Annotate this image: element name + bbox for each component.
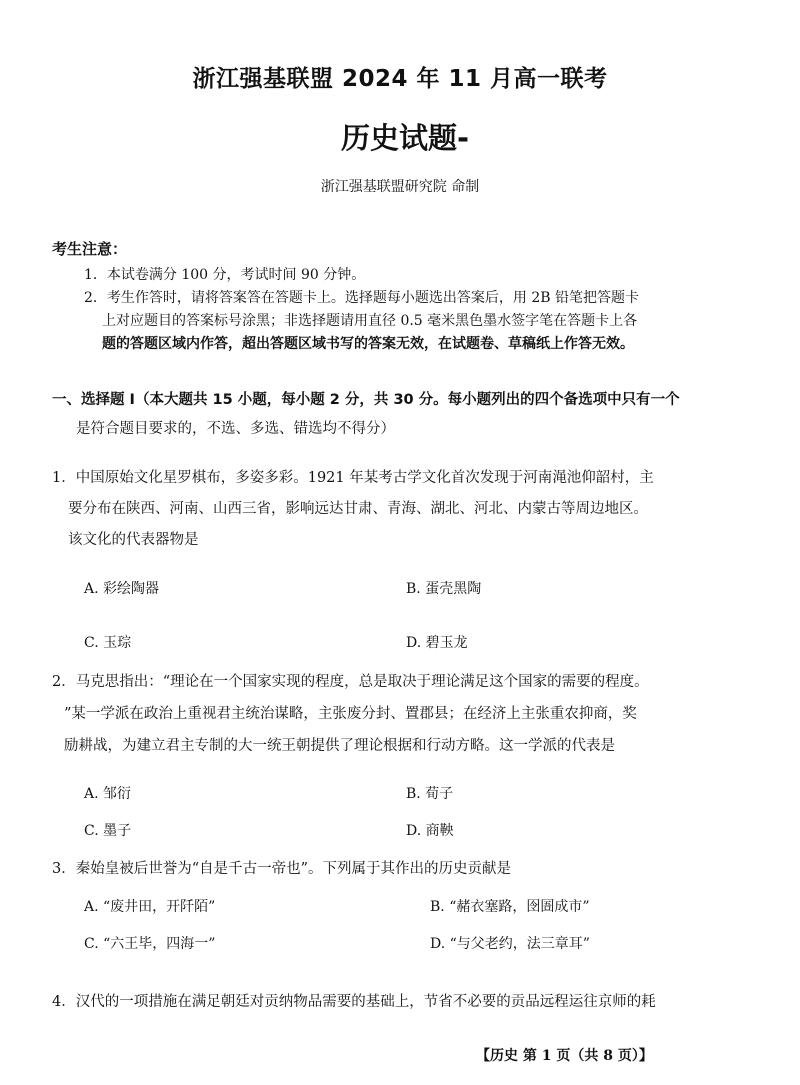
option-a: A. 彩绘陶器 [84,578,159,598]
question-text: ”某一学派在政治上重视君主统治谋略，主张废分封、置郡县；在经济上主张重农抑商，奖 [64,702,637,723]
option-a: A. 邹衍 [84,783,131,803]
question-text: 3．秦始皇被后世誉为“自是千古一帝也”。下列属于其作出的历史贡献是 [52,857,511,878]
notice-item-2-cont2: 题的答题区域内作答，超出答题区域书写的答案无效，在试题卷、草稿纸上作答无效。 [102,333,634,353]
option-d: D. 碧玉龙 [406,632,468,652]
notice-item-2-cont: 上对应题目的答案标号涂黑；非选择题请用直径 0.5 毫米黑色墨水签字笔在答题卡上… [102,310,637,330]
option-c: C. 玉琮 [84,632,131,652]
producer-line: 浙江强基联盟研究院 命制 [0,176,800,196]
option-b: B. “赭衣塞路，囹圄成市” [430,896,590,916]
section-line-1: 一、选择题 I（本大题共 15 小题，每小题 2 分，共 30 分。每小题列出的… [52,388,680,409]
notice-item-2: 2．考生作答时，请将答案答在答题卡上。选择题每小题选出答案后，用 2B 铅笔把答… [84,287,639,307]
subject-title: 历史试题- [0,116,800,157]
option-b: B. 蛋壳黑陶 [406,578,481,598]
question-text: 励耕战，为建立君主专制的大一统王朝提供了理论根据和行动方略。这一学派的代表是 [64,734,615,755]
page-footer: 【历史 第 1 页（共 8 页）】 [476,1045,653,1065]
option-d: D. “与父老约，法三章耳” [430,933,590,953]
question-text: 2．马克思指出：“理论在一个国家实现的程度，总是取决于理论满足这个国家的需要的程… [52,670,649,691]
option-d: D. 商鞅 [406,820,454,840]
option-b: B. 荀子 [406,783,453,803]
section-line-2: 是符合题目要求的，不选、多选、错选均不得分） [76,417,395,438]
question-text: 1．中国原始文化星罗棋布，多姿多彩。1921 年某考古学文化首次发现于河南渑池仰… [52,466,654,487]
notice-item-1: 1．本试卷满分 100 分，考试时间 90 分钟。 [84,264,365,284]
notice-heading: 考生注意： [52,238,127,259]
question-text: 4．汉代的一项措施在满足朝廷对贡纳物品需要的基础上，节省不必要的贡品远程运往京师… [52,990,656,1011]
option-a: A. “废井田，开阡陌” [84,896,215,916]
question-text: 该文化的代表器物是 [68,528,199,549]
option-c: C. “六王毕，四海一” [84,933,215,953]
question-text: 要分布在陕西、河南、山西三省，影响远达甘肃、青海、湖北、河北、内蒙古等周边地区。 [68,497,648,518]
option-c: C. 墨子 [84,820,131,840]
exam-title: 浙江强基联盟 2024 年 11 月高一联考 [0,60,800,93]
